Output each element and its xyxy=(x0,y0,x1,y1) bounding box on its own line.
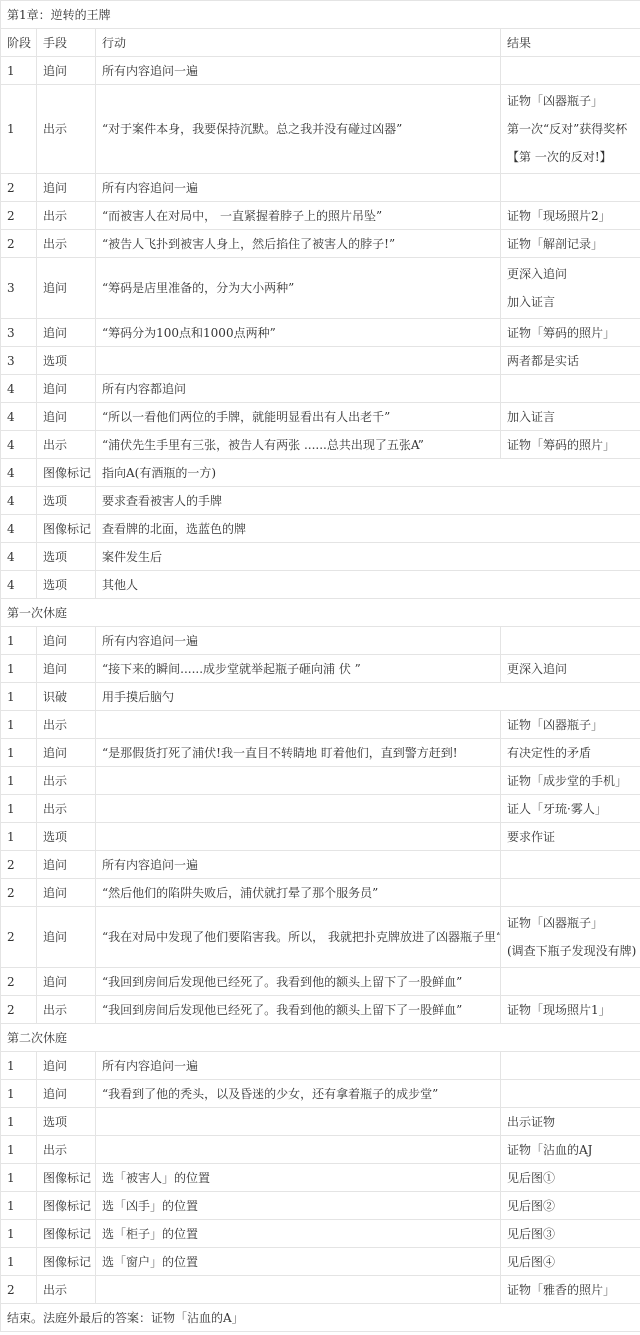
table-row: 3选项两者都是实话 xyxy=(1,347,640,375)
stage-cell: 1 xyxy=(1,655,37,683)
means-cell: 选项 xyxy=(37,543,96,571)
result-line: 更深入追问 xyxy=(507,260,634,288)
table-row: 1追问“接下来的瞬间......成步堂就举起瓶子砸向浦 伏 ”更深入追问 xyxy=(1,655,640,683)
action-cell: “被告人飞扑到被害人身上，然后掐住了被害人的脖子!” xyxy=(96,230,501,258)
chapter-title-row: 第1章：逆转的王牌 xyxy=(1,1,640,29)
result-cell xyxy=(501,1080,640,1108)
table-row: 2出示“而被害人在对局中， 一直紧握着脖子上的照片吊坠”证物「现场照片2」 xyxy=(1,202,640,230)
action-cell: 所有内容追问一遍 xyxy=(96,174,501,202)
means-cell: 选项 xyxy=(37,823,96,851)
action-cell: 所有内容追问一遍 xyxy=(96,851,501,879)
header-means: 手段 xyxy=(37,29,96,57)
result-cell: 要求作证 xyxy=(501,823,640,851)
means-cell: 追问 xyxy=(37,258,96,319)
table-row: 4追问“所以一看他们两位的手牌，就能明显看出有人出老千”加入证言 xyxy=(1,403,640,431)
means-cell: 出示 xyxy=(37,996,96,1024)
result-cell: 见后图③ xyxy=(501,1220,640,1248)
table-row: 1图像标记选「柜子」的位置见后图③ xyxy=(1,1220,640,1248)
table-row: 2追问所有内容追问一遍 xyxy=(1,851,640,879)
table-row: 4选项其他人 xyxy=(1,571,640,599)
stage-cell: 1 xyxy=(1,739,37,767)
table-row: 2出示“被告人飞扑到被害人身上，然后掐住了被害人的脖子!”证物「解剖记录」 xyxy=(1,230,640,258)
result-line: 证物「雅香的照片」 xyxy=(507,1283,615,1297)
means-cell: 追问 xyxy=(37,907,96,968)
action-cell: “我在对局中发现了他们要陷害我。所以， 我就把扑克牌放进了凶器瓶子里“ xyxy=(96,907,501,968)
means-cell: 出示 xyxy=(37,711,96,739)
means-cell: 图像标记 xyxy=(37,1192,96,1220)
result-cell: 证物「现场照片2」 xyxy=(501,202,640,230)
action-cell xyxy=(96,823,501,851)
action-cell: “筹码是店里准备的，分为大小两种” xyxy=(96,258,501,319)
table-row: 1出示“对于案件本身，我要保持沉默。总之我并没有碰过凶器”证物「凶器瓶子」第一次… xyxy=(1,85,640,174)
action-cell: 选「凶手」的位置 xyxy=(96,1192,501,1220)
table-row: 3追问“筹码是店里准备的，分为大小两种”更深入追问加入证言 xyxy=(1,258,640,319)
stage-cell: 4 xyxy=(1,459,37,487)
stage-cell: 1 xyxy=(1,1192,37,1220)
result-cell xyxy=(501,968,640,996)
table-row: 1追问“我看到了他的秃头，以及昏迷的少女，还有拿着瓶子的成步堂” xyxy=(1,1080,640,1108)
stage-cell: 2 xyxy=(1,851,37,879)
result-cell xyxy=(501,627,640,655)
means-cell: 选项 xyxy=(37,1108,96,1136)
action-cell: “接下来的瞬间......成步堂就举起瓶子砸向浦 伏 ” xyxy=(96,655,501,683)
stage-cell: 4 xyxy=(1,375,37,403)
result-line: 证物「筹码的照片」 xyxy=(507,438,615,452)
table-row: 4追问所有内容都追问 xyxy=(1,375,640,403)
table-row: 1选项要求作证 xyxy=(1,823,640,851)
table-row: 1图像标记选「窗户」的位置见后图④ xyxy=(1,1248,640,1276)
recess2-title-row: 第二次休庭 xyxy=(1,1024,640,1052)
result-cell: 加入证言 xyxy=(501,403,640,431)
stage-cell: 1 xyxy=(1,823,37,851)
table-row: 2追问“我在对局中发现了他们要陷害我。所以， 我就把扑克牌放进了凶器瓶子里“证物… xyxy=(1,907,640,968)
recess1-title: 第一次休庭 xyxy=(1,599,640,627)
result-cell xyxy=(501,879,640,907)
result-line: 证物「凶器瓶子」 xyxy=(507,718,603,732)
action-cell: “我回到房间后发现他已经死了。我看到他的额头上留下了一股鲜血” xyxy=(96,996,501,1024)
means-cell: 追问 xyxy=(37,739,96,767)
stage-cell: 1 xyxy=(1,1248,37,1276)
result-cell: 两者都是实话 xyxy=(501,347,640,375)
stage-cell: 4 xyxy=(1,403,37,431)
means-cell: 追问 xyxy=(37,1080,96,1108)
table-row: 1出示证物「沾血的AJ xyxy=(1,1136,640,1164)
action-cell: 选「被害人」的位置 xyxy=(96,1164,501,1192)
result-line: 【第 一次的反对!】 xyxy=(507,143,634,171)
means-cell: 追问 xyxy=(37,403,96,431)
stage-cell: 4 xyxy=(1,543,37,571)
stage-cell: 1 xyxy=(1,1136,37,1164)
action-cell: 所有内容都追问 xyxy=(96,375,501,403)
means-cell: 图像标记 xyxy=(37,1164,96,1192)
action-cell: “对于案件本身，我要保持沉默。总之我并没有碰过凶器” xyxy=(96,85,501,174)
means-cell: 追问 xyxy=(37,319,96,347)
stage-cell: 1 xyxy=(1,711,37,739)
action-cell: “所以一看他们两位的手牌，就能明显看出有人出老千” xyxy=(96,403,501,431)
table-row: 4选项要求查看被害人的手牌 xyxy=(1,487,640,515)
result-cell: 见后图④ xyxy=(501,1248,640,1276)
table-row: 1追问所有内容追问一遍 xyxy=(1,57,640,85)
action-cell: “浦伏先生手里有三张，被告人有两张 ......总共出现了五张A” xyxy=(96,431,501,459)
result-line: 要求作证 xyxy=(507,830,555,844)
stage-cell: 1 xyxy=(1,795,37,823)
stage-cell: 1 xyxy=(1,1220,37,1248)
table-row: 2追问“我回到房间后发现他已经死了。我看到他的额头上留下了一股鲜血” xyxy=(1,968,640,996)
table-row: 1追问“是那假货打死了浦伏!我一直目不转睛地 盯着他们，直到警方赶到!有决定性的… xyxy=(1,739,640,767)
means-cell: 出示 xyxy=(37,1276,96,1304)
result-cell: 证物「筹码的照片」 xyxy=(501,319,640,347)
result-line: 证物「沾血的AJ xyxy=(507,1143,592,1157)
table-row: 1追问所有内容追问一遍 xyxy=(1,1052,640,1080)
action-cell: 所有内容追问一遍 xyxy=(96,627,501,655)
means-cell: 追问 xyxy=(37,57,96,85)
table-row: 1识破用手摸后脑勺 xyxy=(1,683,640,711)
action-cell: “我看到了他的秃头，以及昏迷的少女，还有拿着瓶子的成步堂” xyxy=(96,1080,501,1108)
result-cell: 有决定性的矛盾 xyxy=(501,739,640,767)
result-cell: 更深入追问加入证言 xyxy=(501,258,640,319)
means-cell: 出示 xyxy=(37,1136,96,1164)
means-cell: 出示 xyxy=(37,202,96,230)
means-cell: 选项 xyxy=(37,487,96,515)
result-line: 见后图① xyxy=(507,1171,555,1185)
stage-cell: 3 xyxy=(1,258,37,319)
header-action: 行动 xyxy=(96,29,501,57)
table-row: 1图像标记选「凶手」的位置见后图② xyxy=(1,1192,640,1220)
result-cell: 证物「凶器瓶子」(调查下瓶子发现没有牌) xyxy=(501,907,640,968)
stage-cell: 1 xyxy=(1,767,37,795)
means-cell: 追问 xyxy=(37,879,96,907)
result-line: 见后图③ xyxy=(507,1227,555,1241)
walkthrough-table: 第1章：逆转的王牌 阶段 手段 行动 结果 1追问所有内容追问一遍1出示“对于案… xyxy=(0,0,640,1332)
stage-cell: 2 xyxy=(1,879,37,907)
action-cell: “我回到房间后发现他已经死了。我看到他的额头上留下了一股鲜血” xyxy=(96,968,501,996)
means-cell: 追问 xyxy=(37,968,96,996)
means-cell: 追问 xyxy=(37,375,96,403)
result-line: (调查下瓶子发现没有牌) xyxy=(507,937,634,965)
result-cell: 出示证物 xyxy=(501,1108,640,1136)
means-cell: 出示 xyxy=(37,431,96,459)
means-cell: 识破 xyxy=(37,683,96,711)
action-cell: “然后他们的陷阱失败后，浦伏就打晕了那个服务员” xyxy=(96,879,501,907)
result-cell xyxy=(501,851,640,879)
action-cell xyxy=(96,1108,501,1136)
result-cell: 见后图① xyxy=(501,1164,640,1192)
table-row: 2出示“我回到房间后发现他已经死了。我看到他的额头上留下了一股鲜血”证物「现场照… xyxy=(1,996,640,1024)
stage-cell: 4 xyxy=(1,571,37,599)
ending-note: 结束。法庭外最后的答案：证物「沾血的A」 xyxy=(1,1304,640,1332)
result-line: 加入证言 xyxy=(507,288,634,316)
table-row: 4选项案件发生后 xyxy=(1,543,640,571)
stage-cell: 2 xyxy=(1,174,37,202)
result-line: 见后图④ xyxy=(507,1255,555,1269)
means-cell: 图像标记 xyxy=(37,1220,96,1248)
result-cell xyxy=(501,174,640,202)
action-cell: 指向A(有酒瓶的一方) xyxy=(96,459,640,487)
result-cell: 证物「筹码的照片」 xyxy=(501,431,640,459)
stage-cell: 4 xyxy=(1,487,37,515)
result-line: 证物「现场照片2」 xyxy=(507,209,611,223)
stage-cell: 3 xyxy=(1,347,37,375)
means-cell: 图像标记 xyxy=(37,1248,96,1276)
action-cell: 所有内容追问一遍 xyxy=(96,57,501,85)
table-row: 1图像标记选「被害人」的位置见后图① xyxy=(1,1164,640,1192)
action-cell: 要求查看被害人的手牌 xyxy=(96,487,640,515)
table-row: 1出示证物「凶器瓶子」 xyxy=(1,711,640,739)
action-cell: 选「窗户」的位置 xyxy=(96,1248,501,1276)
action-cell: 其他人 xyxy=(96,571,640,599)
result-cell: 证物「成步堂的手机」 xyxy=(501,767,640,795)
action-cell: 选「柜子」的位置 xyxy=(96,1220,501,1248)
result-line: 加入证言 xyxy=(507,410,555,424)
action-cell xyxy=(96,767,501,795)
stage-cell: 2 xyxy=(1,996,37,1024)
stage-cell: 1 xyxy=(1,627,37,655)
stage-cell: 1 xyxy=(1,57,37,85)
stage-cell: 1 xyxy=(1,1052,37,1080)
stage-cell: 3 xyxy=(1,319,37,347)
result-line: 有决定性的矛盾 xyxy=(507,746,591,760)
stage-cell: 2 xyxy=(1,202,37,230)
table-row: 4图像标记查看牌的北面，选蓝色的牌 xyxy=(1,515,640,543)
table-row: 1选项出示证物 xyxy=(1,1108,640,1136)
stage-cell: 1 xyxy=(1,1108,37,1136)
result-line: 证物「解剖记录」 xyxy=(507,237,603,251)
result-line: 出示证物 xyxy=(507,1115,555,1129)
action-cell: 案件发生后 xyxy=(96,543,640,571)
means-cell: 出示 xyxy=(37,230,96,258)
result-line: 第一次“反对”获得奖杯 xyxy=(507,115,634,143)
result-cell: 证物「凶器瓶子」第一次“反对”获得奖杯【第 一次的反对!】 xyxy=(501,85,640,174)
header-row: 阶段 手段 行动 结果 xyxy=(1,29,640,57)
table-row: 1出示证人「牙琉·雾人」 xyxy=(1,795,640,823)
result-line: 两者都是实话 xyxy=(507,354,579,368)
table-row: 2追问所有内容追问一遍 xyxy=(1,174,640,202)
result-cell xyxy=(501,375,640,403)
means-cell: 追问 xyxy=(37,174,96,202)
means-cell: 选项 xyxy=(37,347,96,375)
stage-cell: 2 xyxy=(1,968,37,996)
action-cell: “筹码分为100点和1000点两种” xyxy=(96,319,501,347)
table-row: 3追问“筹码分为100点和1000点两种”证物「筹码的照片」 xyxy=(1,319,640,347)
result-line: 证物「现场照片1」 xyxy=(507,1003,611,1017)
action-cell: 查看牌的北面，选蓝色的牌 xyxy=(96,515,640,543)
action-cell: 用手摸后脑勺 xyxy=(96,683,640,711)
stage-cell: 1 xyxy=(1,1164,37,1192)
means-cell: 出示 xyxy=(37,767,96,795)
result-cell: 证人「牙琉·雾人」 xyxy=(501,795,640,823)
stage-cell: 2 xyxy=(1,907,37,968)
action-cell: “是那假货打死了浦伏!我一直目不转睛地 盯着他们，直到警方赶到! xyxy=(96,739,501,767)
stage-cell: 1 xyxy=(1,683,37,711)
means-cell: 图像标记 xyxy=(37,515,96,543)
table-row: 4出示“浦伏先生手里有三张，被告人有两张 ......总共出现了五张A”证物「筹… xyxy=(1,431,640,459)
action-cell xyxy=(96,1136,501,1164)
result-cell: 证物「凶器瓶子」 xyxy=(501,711,640,739)
means-cell: 选项 xyxy=(37,571,96,599)
action-cell: “而被害人在对局中， 一直紧握着脖子上的照片吊坠” xyxy=(96,202,501,230)
result-line: 证物「成步堂的手机」 xyxy=(507,774,627,788)
means-cell: 图像标记 xyxy=(37,459,96,487)
result-line: 证物「凶器瓶子」 xyxy=(507,87,634,115)
result-line: 证人「牙琉·雾人」 xyxy=(507,802,607,816)
result-cell: 更深入追问 xyxy=(501,655,640,683)
means-cell: 出示 xyxy=(37,795,96,823)
result-cell: 证物「解剖记录」 xyxy=(501,230,640,258)
action-cell xyxy=(96,1276,501,1304)
action-cell xyxy=(96,347,501,375)
stage-cell: 2 xyxy=(1,1276,37,1304)
table-row: 1出示证物「成步堂的手机」 xyxy=(1,767,640,795)
result-cell: 见后图② xyxy=(501,1192,640,1220)
result-cell xyxy=(501,57,640,85)
means-cell: 追问 xyxy=(37,1052,96,1080)
result-line: 更深入追问 xyxy=(507,662,567,676)
table-row: 2出示证物「雅香的照片」 xyxy=(1,1276,640,1304)
recess2-title: 第二次休庭 xyxy=(1,1024,640,1052)
stage-cell: 2 xyxy=(1,230,37,258)
result-cell: 证物「现场照片1」 xyxy=(501,996,640,1024)
result-line: 证物「筹码的照片」 xyxy=(507,326,615,340)
result-cell: 证物「雅香的照片」 xyxy=(501,1276,640,1304)
stage-cell: 1 xyxy=(1,85,37,174)
means-cell: 追问 xyxy=(37,851,96,879)
table-row: 1追问所有内容追问一遍 xyxy=(1,627,640,655)
ending-note-row: 结束。法庭外最后的答案：证物「沾血的A」 xyxy=(1,1304,640,1332)
means-cell: 追问 xyxy=(37,627,96,655)
stage-cell: 1 xyxy=(1,1080,37,1108)
header-stage: 阶段 xyxy=(1,29,37,57)
chapter-title: 第1章：逆转的王牌 xyxy=(1,1,640,29)
means-cell: 出示 xyxy=(37,85,96,174)
stage-cell: 4 xyxy=(1,515,37,543)
means-cell: 追问 xyxy=(37,655,96,683)
header-result: 结果 xyxy=(501,29,640,57)
action-cell xyxy=(96,795,501,823)
result-cell xyxy=(501,1052,640,1080)
result-line: 证物「凶器瓶子」 xyxy=(507,909,634,937)
action-cell: 所有内容追问一遍 xyxy=(96,1052,501,1080)
result-line: 见后图② xyxy=(507,1199,555,1213)
table-row: 2追问“然后他们的陷阱失败后，浦伏就打晕了那个服务员” xyxy=(1,879,640,907)
result-cell: 证物「沾血的AJ xyxy=(501,1136,640,1164)
action-cell xyxy=(96,711,501,739)
table-row: 4图像标记指向A(有酒瓶的一方) xyxy=(1,459,640,487)
recess1-title-row: 第一次休庭 xyxy=(1,599,640,627)
stage-cell: 4 xyxy=(1,431,37,459)
